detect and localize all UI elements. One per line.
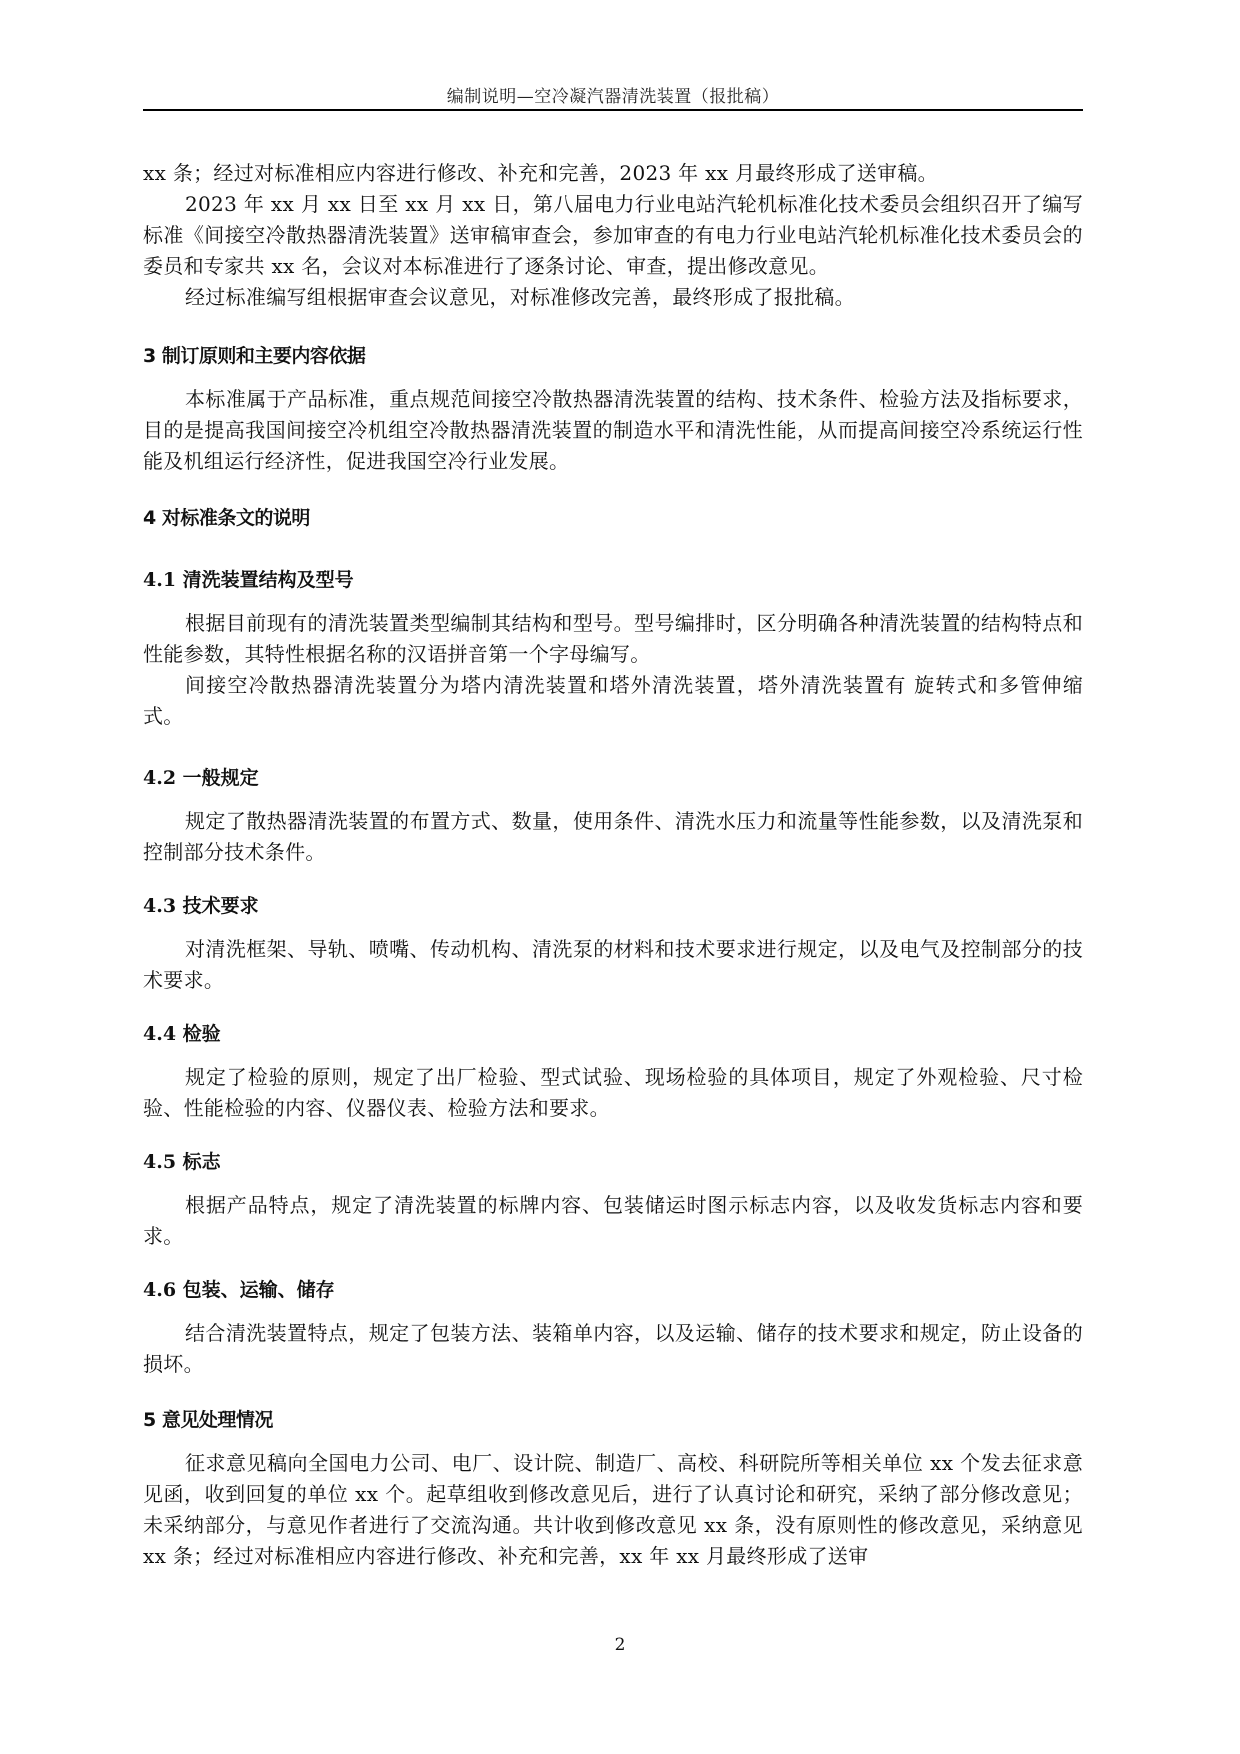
paragraph: 间接空冷散热器清洗装置分为塔内清洗装置和塔外清洗装置，塔外清洗装置有 旋转式和多… xyxy=(143,670,1083,732)
subsection-4-3-body: 对清洗框架、导轨、喷嘴、传动机构、清洗泵的材料和技术要求进行规定，以及电气及控制… xyxy=(143,934,1083,996)
subsection-heading-4-4: 4.4 检验 xyxy=(143,1021,221,1047)
paragraph: 根据目前现有的清洗装置类型编制其结构和型号。型号编排时，区分明确各种清洗装置的结… xyxy=(143,608,1083,670)
subsection-4-4-body: 规定了检验的原则，规定了出厂检验、型式试验、现场检验的具体项目，规定了外观检验、… xyxy=(143,1062,1083,1124)
subsection-heading-4-1: 4.1 清洗装置结构及型号 xyxy=(143,567,354,593)
section-heading-3: 3 制订原则和主要内容依据 xyxy=(143,343,365,369)
running-header: 编制说明—空冷凝汽器清洗装置（报批稿） xyxy=(143,86,1083,108)
subsection-4-6-body: 结合清洗装置特点，规定了包装方法、装箱单内容，以及运输、储存的技术要求和规定，防… xyxy=(143,1318,1083,1380)
paragraph: 征求意见稿向全国电力公司、电厂、设计院、制造厂、高校、科研院所等相关单位 xx … xyxy=(143,1448,1083,1572)
section-5-body: 征求意见稿向全国电力公司、电厂、设计院、制造厂、高校、科研院所等相关单位 xx … xyxy=(143,1448,1083,1572)
paragraph: 规定了散热器清洗装置的布置方式、数量，使用条件、清洗水压力和流量等性能参数，以及… xyxy=(143,806,1083,868)
paragraph: xx 条；经过对标准相应内容进行修改、补充和完善，2023 年 xx 月最终形成… xyxy=(143,158,1083,189)
subsection-heading-4-3: 4.3 技术要求 xyxy=(143,893,259,919)
header-rule xyxy=(143,109,1083,111)
paragraph: 结合清洗装置特点，规定了包装方法、装箱单内容，以及运输、储存的技术要求和规定，防… xyxy=(143,1318,1083,1380)
subsection-4-2-body: 规定了散热器清洗装置的布置方式、数量，使用条件、清洗水压力和流量等性能参数，以及… xyxy=(143,806,1083,868)
paragraph: 根据产品特点，规定了清洗装置的标牌内容、包装储运时图示标志内容，以及收发货标志内… xyxy=(143,1190,1083,1252)
subsection-4-5-body: 根据产品特点，规定了清洗装置的标牌内容、包装储运时图示标志内容，以及收发货标志内… xyxy=(143,1190,1083,1252)
section-3-body: 本标准属于产品标准，重点规范间接空冷散热器清洗装置的结构、技术条件、检验方法及指… xyxy=(143,384,1083,477)
subsection-heading-4-5: 4.5 标志 xyxy=(143,1149,221,1175)
subsection-heading-4-2: 4.2 一般规定 xyxy=(143,765,259,791)
subsection-4-1-body: 根据目前现有的清洗装置类型编制其结构和型号。型号编排时，区分明确各种清洗装置的结… xyxy=(143,608,1083,732)
paragraph: 对清洗框架、导轨、喷嘴、传动机构、清洗泵的材料和技术要求进行规定，以及电气及控制… xyxy=(143,934,1083,996)
continuation-block: xx 条；经过对标准相应内容进行修改、补充和完善，2023 年 xx 月最终形成… xyxy=(143,158,1083,313)
paragraph: 本标准属于产品标准，重点规范间接空冷散热器清洗装置的结构、技术条件、检验方法及指… xyxy=(143,384,1083,477)
section-heading-4: 4 对标准条文的说明 xyxy=(143,505,310,531)
document-page: 编制说明—空冷凝汽器清洗装置（报批稿） xx 条；经过对标准相应内容进行修改、补… xyxy=(0,0,1240,1754)
page-number: 2 xyxy=(0,1635,1240,1655)
subsection-heading-4-6: 4.6 包装、运输、储存 xyxy=(143,1277,335,1303)
paragraph: 2023 年 xx 月 xx 日至 xx 月 xx 日，第八届电力行业电站汽轮机… xyxy=(143,189,1083,282)
paragraph: 规定了检验的原则，规定了出厂检验、型式试验、现场检验的具体项目，规定了外观检验、… xyxy=(143,1062,1083,1124)
paragraph: 经过标准编写组根据审查会议意见，对标准修改完善，最终形成了报批稿。 xyxy=(143,282,1083,313)
section-heading-5: 5 意见处理情况 xyxy=(143,1407,273,1433)
